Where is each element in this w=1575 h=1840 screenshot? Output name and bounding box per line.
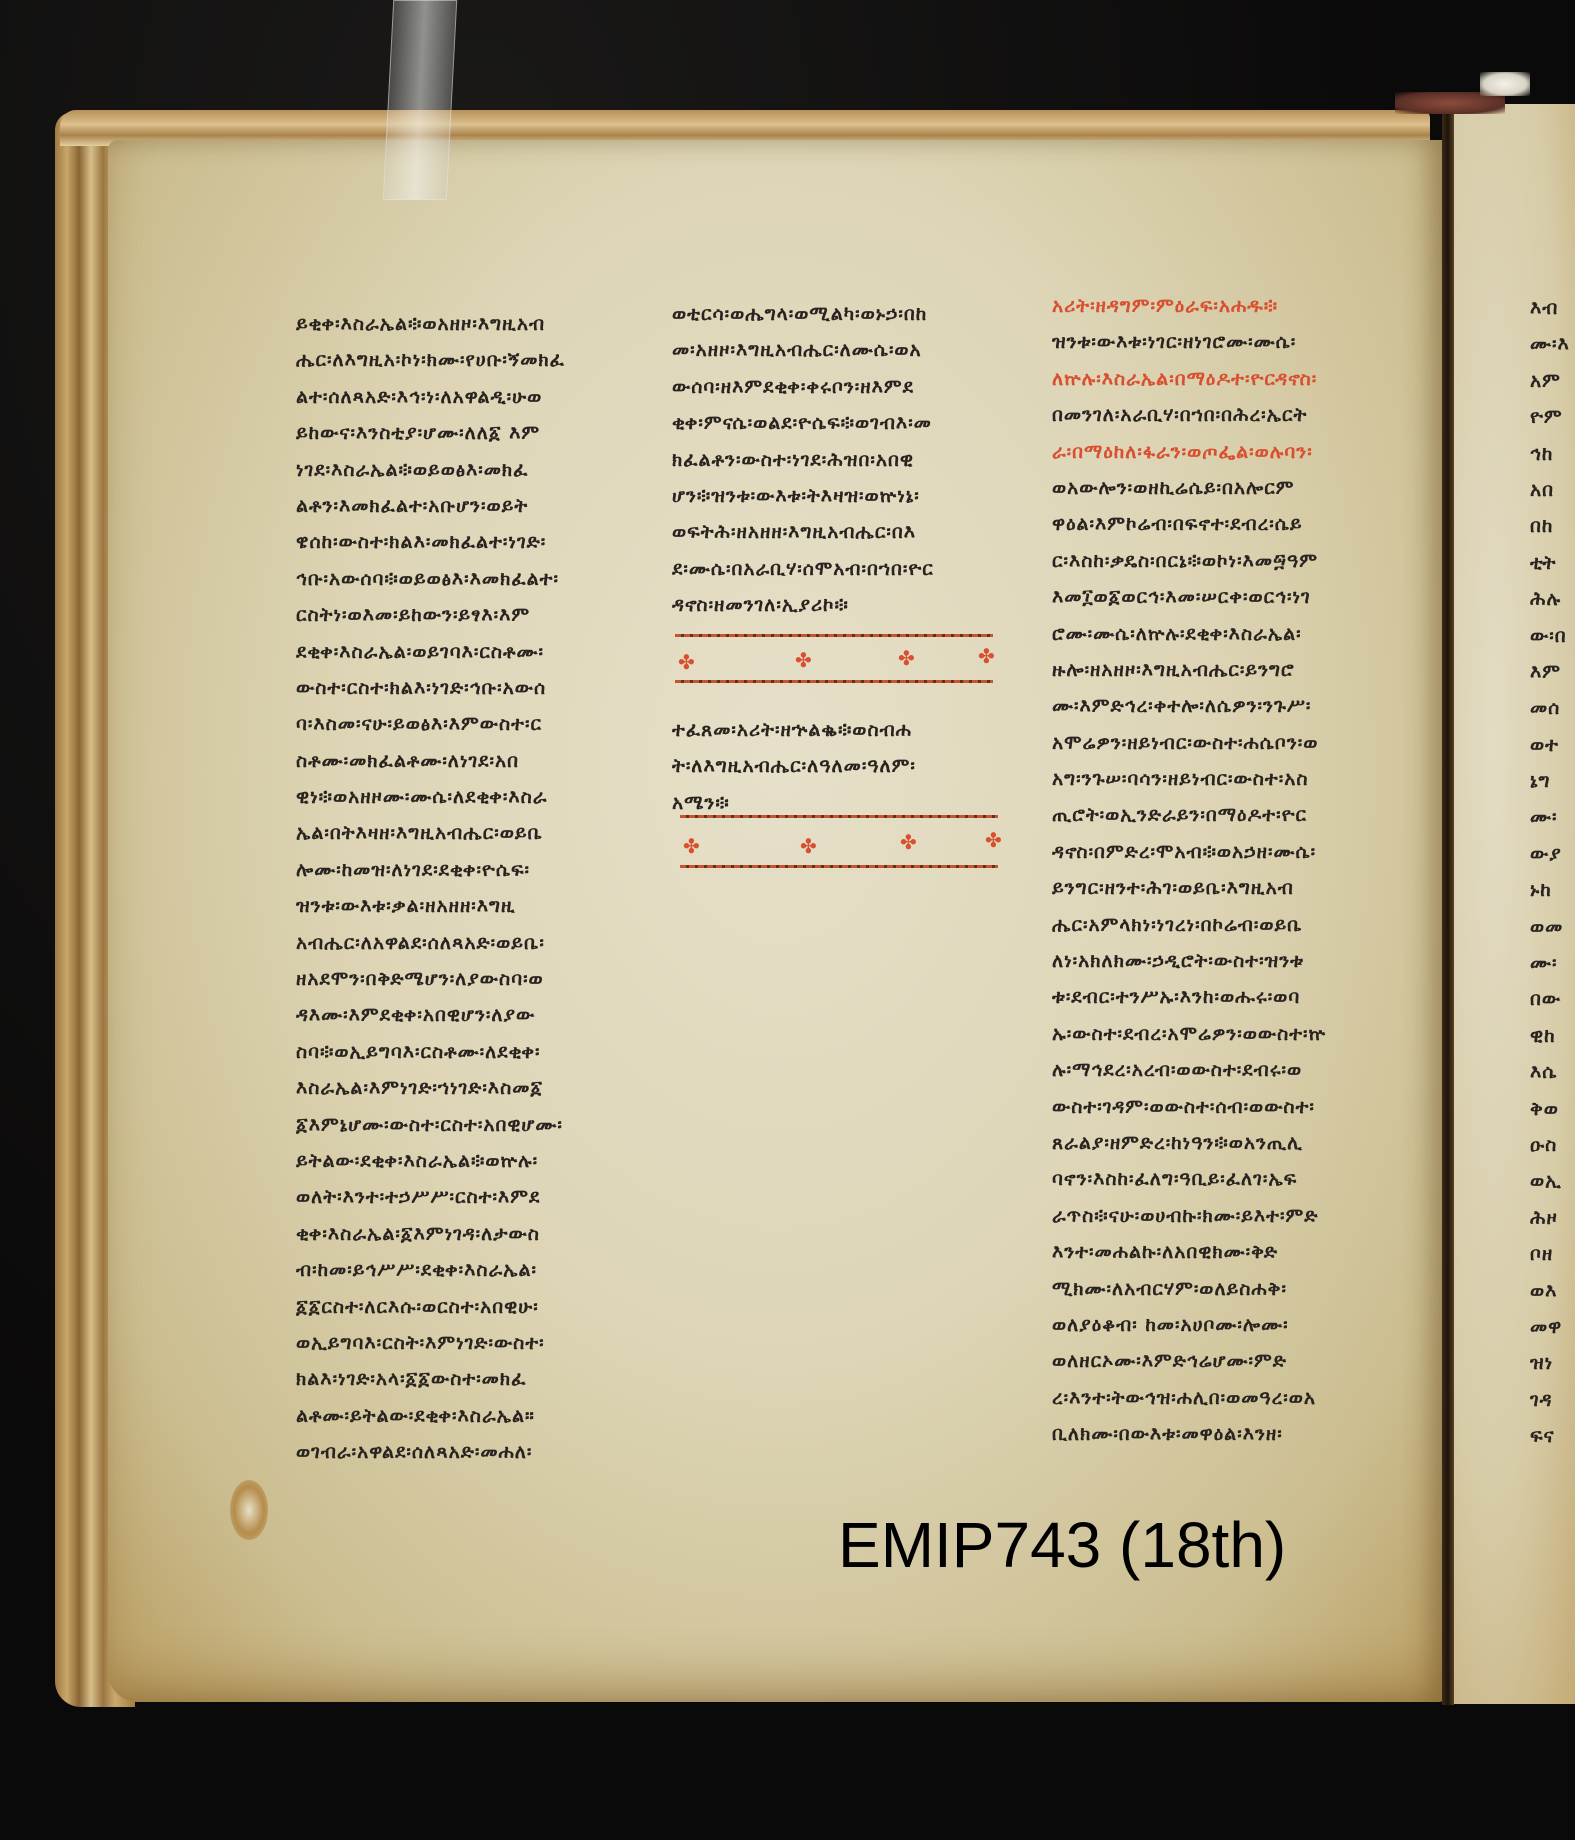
text-line: ሕዞ: [1530, 1200, 1575, 1236]
text-line: ዋዕል፡እምኮሬብ፡በፍኖተ፡ደብረ፡ሴይ: [1052, 506, 1397, 542]
text-line: ወመ: [1530, 909, 1575, 945]
text-line: ራጥስ፨ናሁ፡ወሀብኩ፡ክሙ፡ይእተ፡ምድ: [1052, 1198, 1397, 1234]
text-line: ዳእሙ፡እምደቂቀ፡አበዊሆን፡ለያው: [296, 997, 631, 1033]
text-line: ወለዘርኦሙ፡እምድኅሬሆሙ፡ምድ: [1052, 1343, 1397, 1379]
left-page-column-1: ይቂቀ፡እስራኤል፨ወአዘዞ፡እግዚአብሔር፡ለእግዚአ፡ኮነ፡ክሙ፡የሀቡ፡ኝ…: [296, 306, 631, 1471]
water-stain: [230, 1480, 268, 1540]
text-line: ቂቀ፡ምናሴ፡ወልደ፡ዮሴፍ፨ወገብእ፡መ: [672, 405, 1007, 441]
bookmark-thread: [1480, 72, 1530, 96]
text-line: ዘአደሞን፡በቅድሜሆን፡ለያውስባ፡ወ: [296, 961, 631, 997]
text-line: ፩እምኔሆሙ፡ውስተ፡ርስተ፡አበዊሆሙ፡: [296, 1107, 631, 1143]
text-line: ኅከ: [1530, 436, 1575, 472]
text-line: ቂቀ፡እስራኤል፡፩እምነገዳ፡ለታውስ: [296, 1216, 631, 1252]
ornament-cross-icon: ✤: [678, 652, 695, 672]
text-line: እስራኤል፡እምነገድ፡ኀነገድ፡እስመ፩: [296, 1070, 631, 1106]
text-line: ነገደ፡እስራኤል፨ወይወፅእ፡መክፈ: [296, 452, 631, 488]
text-line: ጢሮት፡ወኢንድራይን፡በማዕዶተ፡ዮር: [1052, 797, 1397, 833]
text-line: ዝንቱ፡ውእቱ፡ነገር፡ዘነገሮሙ፡ሙሴ፡: [1052, 324, 1397, 360]
text-line: ው፡በ: [1530, 618, 1575, 654]
text-line: ቦዘ: [1530, 1236, 1575, 1272]
text-line: ሕሉ: [1530, 581, 1575, 617]
text-line: ሆን፨ዝንቱ፡ውእቱ፡ትእዛዝ፡ወኵነኔ፡: [672, 478, 1007, 514]
text-line: አግ፡ንጉሠ፡ባሳን፡ዘይነብር፡ውስተ፡አስ: [1052, 761, 1397, 797]
text-line: ወአውሎን፡ወዘኪሬሴይ፡በአሎርም: [1052, 470, 1397, 506]
text-line: ሔር፡ለእግዚአ፡ኮነ፡ክሙ፡የሀቡ፡ኝመክፈ: [296, 342, 631, 378]
text-line: ርስትነ፡ወእመ፡ይከውን፡ይፃእ፡እም: [296, 597, 631, 633]
left-page-column-2: ወቲርሳ፡ወሔግላ፡ወሚልካ፡ወኑኃ፡በከመ፡አዘዞ፡እግዚአብሔር፡ለሙሴ፡ወ…: [672, 296, 1007, 624]
text-line: እብ: [1530, 290, 1575, 326]
text-line: ልቶን፡እመክፈልተ፡አቡሆን፡ወይት: [296, 488, 631, 524]
text-line: በመንገለ፡አራቢሃ፡በኀበ፡በሕረ፡ኤርት: [1052, 397, 1397, 433]
text-line: አብሔር፡ለአዋልደ፡ሰለጻአድ፡ወይቤ፡: [296, 925, 631, 961]
text-line: ይቂቀ፡እስራኤል፨ወአዘዞ፡እግዚአብ: [296, 306, 631, 342]
text-line: ወኢይግባእ፡ርስት፡እምነገድ፡ውስተ፡: [296, 1325, 631, 1361]
colophon: ተፈጸመ፡አሪት፡ዘኍልቈ፨ወስብሐት፡ለእግዚአብሔር፡ለዓለመ፡ዓለም፡አሜ…: [672, 712, 1007, 821]
text-line: ሉ፡ማኅደረ፡አረብ፡ወውስተ፡ደብሩ፡ወ: [1052, 1052, 1397, 1088]
text-line: ኡ፡ውስተ፡ደብረ፡አሞሬዎን፡ወውስተ፡ኵ: [1052, 1016, 1397, 1052]
text-line: ደ፡ሙሴ፡በአራቢሃ፡ሰሞአብ፡በኀበ፡ዮር: [672, 551, 1007, 587]
text-line: ይትልው፡ደቂቀ፡እስራኤል፨ወኵሉ፡: [296, 1143, 631, 1179]
text-line: ሔር፡አምላክነ፡ነገረነ፡በኮሬብ፡ወይቤ: [1052, 907, 1397, 943]
text-line: ቲት: [1530, 545, 1575, 581]
text-line: ዙሎ፡ዘአዘዞ፡እግዚአብሔር፡ይንግሮ: [1052, 652, 1397, 688]
text-line: ኅቡ፡አውሰባ፨ወይወፅእ፡እመክፈልተ፡: [296, 561, 631, 597]
text-line: ዌሰከ፡ውስተ፡ክልእ፡መክፈልተ፡ነገድ፡: [296, 524, 631, 560]
ornament-cross-icon: ✤: [985, 830, 1002, 850]
ornament-cross-icon: ✤: [900, 832, 917, 852]
text-line: ወለያዕቆብ፡ ከመ፡አሀቦሙ፡ሎሙ፡: [1052, 1307, 1397, 1343]
text-line: ወገብራ፡አዋልደ፡ሰለጻአድ፡መሐለ፡: [296, 1434, 631, 1470]
text-line: ዊከ: [1530, 1018, 1575, 1054]
manuscript-label: EMIP743 (18th): [838, 1508, 1286, 1582]
text-line: አሪት፡ዘዳግም፡ምዕራፍ፡አሐዱ፨: [1052, 288, 1397, 324]
text-line: ቢለክሙ፡በውእቱ፡መዋዕል፡እንዘ፡: [1052, 1416, 1397, 1452]
text-line: እንተ፡መሐልኩ፡ለአበዊክሙ፡ቅድ: [1052, 1234, 1397, 1270]
text-line: በው: [1530, 981, 1575, 1017]
text-line: ት፡ለእግዚአብሔር፡ለዓለመ፡ዓለም፡: [672, 748, 1007, 784]
text-line: ቅወ: [1530, 1091, 1575, 1127]
left-page-column-3: አሪት፡ዘዳግም፡ምዕራፍ፡አሐዱ፨ዝንቱ፡ውእቱ፡ነገር፡ዘነገሮሙ፡ሙሴ፡ለ…: [1052, 288, 1397, 1453]
text-line: ልተ፡ሰለጻአድ፡እኅ፡ነ፡ለአዋልዲ፡ሁወ: [296, 379, 631, 415]
text-line: ውያ: [1530, 836, 1575, 872]
ornament-cross-icon: ✤: [978, 646, 995, 666]
ornament-rule: [680, 865, 998, 868]
text-line: ውስተ፡ርስተ፡ክልእ፡ነገድ፡ኅቡ፡አውሰ: [296, 670, 631, 706]
text-line: ሙ፡: [1530, 799, 1575, 835]
right-page-column-partial: እብሙ፡እአምዮምኅከአበበከቲትሕሉው፡በእምመሰወተኔግሙ፡ውያኑከወመሙ፡…: [1530, 290, 1575, 1455]
text-line: አበ: [1530, 472, 1575, 508]
ornament-cross-icon: ✤: [795, 650, 812, 670]
ornament-rule: [675, 680, 993, 683]
text-line: ለኵሉ፡እስራኤል፡በማዕዶተ፡ዮርዳኖስ፡: [1052, 361, 1397, 397]
text-line: ውስተ፡ገዳም፡ወውስተ፡ሰብ፡ወውስተ፡: [1052, 1089, 1397, 1125]
text-line: ወተ: [1530, 727, 1575, 763]
text-line: ጸራልያ፡ዘምድረ፡ከነዓን፨ወአንጢሊ: [1052, 1125, 1397, 1161]
ornament-cross-icon: ✤: [683, 836, 700, 856]
text-line: ገዳ: [1530, 1382, 1575, 1418]
text-line: ኤል፡በትእዛዘ፡እግዚአብሔር፡ወይቤ: [296, 815, 631, 851]
ornament-rule: [680, 815, 998, 818]
text-line: ፩፩ርስተ፡ለርእሱ፡ወርስተ፡አበዊሁ፡: [296, 1289, 631, 1325]
text-line: ሙ፡: [1530, 945, 1575, 981]
gutter: [1442, 110, 1454, 1705]
text-line: ስባ፨ወኢይግባእ፡ርስቶሙ፡ለደቂቀ፡: [296, 1034, 631, 1070]
text-line: ይንግር፡ዘንተ፡ሕገ፡ወይቤ፡እግዚአብ: [1052, 870, 1397, 906]
text-line: ሙ፡እ: [1530, 326, 1575, 362]
text-line: ዑስ: [1530, 1127, 1575, 1163]
text-line: ሎሙ፡ከመዝ፡ለነገደ፡ደቂቀ፡ዮሴፍ፡: [296, 852, 631, 888]
text-line: ብ፡ከመ፡ይኅሥሥ፡ደቂቀ፡እስራኤል፡: [296, 1252, 631, 1288]
text-line: ወፍትሕ፡ዘአዘዘ፡እግዚአብሔር፡በእ: [672, 514, 1007, 550]
text-line: ፍና: [1530, 1418, 1575, 1454]
text-line: በከ: [1530, 508, 1575, 544]
text-line: ውሰባ፡ዘእምደቂቀ፡ቀሩቦን፡ዘእምደ: [672, 369, 1007, 405]
ornament-rule: [675, 634, 993, 637]
text-line: ኔግ: [1530, 763, 1575, 799]
text-line: ተፈጸመ፡አሪት፡ዘኍልቈ፨ወስብሐ: [672, 712, 1007, 748]
text-line: እመ፲ወ፩ወርኅ፡እመ፡ሠርቀ፡ወርኅ፡ነገ: [1052, 579, 1397, 615]
text-line: ባ፡እስመ፡ናሁ፡ይወፅእ፡እምውስተ፡ር: [296, 706, 631, 742]
text-line: መ፡አዘዞ፡እግዚአብሔር፡ለሙሴ፡ወአ: [672, 332, 1007, 368]
text-line: እሴ: [1530, 1054, 1575, 1090]
text-line: ሙ፡እምድኅረ፡ቀተሎ፡ለሴዎን፡ንጉሥ፡: [1052, 688, 1397, 724]
text-line: ወኢ: [1530, 1163, 1575, 1199]
tape-strip: [383, 0, 457, 200]
text-line: ቱ፡ደብር፡ተንሥኡ፡እንከ፡ወሑሩ፡ወባ: [1052, 979, 1397, 1015]
text-line: ዝነ: [1530, 1345, 1575, 1381]
ornament-cross-icon: ✤: [898, 648, 915, 668]
text-line: ሮሙ፡ሙሴ፡ለኵሉ፡ደቂቀ፡እስራኤል፡: [1052, 616, 1397, 652]
text-line: ይከውና፡እንስቲያ፡ሆሙ፡ለለ፩ እም: [296, 415, 631, 451]
text-line: ረ፡እንተ፡ትውኅዝ፡ሐሊበ፡ወመዓረ፡ወአ: [1052, 1380, 1397, 1416]
text-line: ዝንቱ፡ውእቱ፡ቃል፡ዘአዘዘ፡እግዚ: [296, 888, 631, 924]
text-line: መሰ: [1530, 690, 1575, 726]
text-line: ራ፡በማዕከለ፡ፋራን፡ወጦፌል፡ወሉባን፡: [1052, 434, 1397, 470]
text-line: ክፈልቶን፡ውስተ፡ነገደ፡ሕዝበ፡አበዊ: [672, 442, 1007, 478]
text-line: ክልእ፡ነገድ፡አላ፡፩፩ውስተ፡መክፈ: [296, 1361, 631, 1397]
text-line: ልቶሙ፡ይትልው፡ደቂቀ፡እስራኤል።: [296, 1398, 631, 1434]
text-line: ስቶሙ፡መክፈልቶሙ፡ለነገደ፡አበ: [296, 743, 631, 779]
text-line: ሚክሙ፡ለአብርሃም፡ወለይስሐቅ፡: [1052, 1271, 1397, 1307]
text-line: ዳኖስ፡ዘመንገለ፡ኢያሪኮ፨: [672, 587, 1007, 623]
text-line: እም: [1530, 654, 1575, 690]
text-line: ር፡እስከ፡ቃዴስ፡በርኔ፨ወኮነ፡እመ፵ዓም: [1052, 543, 1397, 579]
text-line: ባኖን፡እስከ፡ፈለግ፡ዓቢይ፡ፈለገ፡ኤፍ: [1052, 1161, 1397, 1197]
text-line: ወእ: [1530, 1273, 1575, 1309]
text-line: ዊነ፨ወአዘዞሙ፡ሙሴ፡ለደቂቀ፡እስራ: [296, 779, 631, 815]
text-line: ዮም: [1530, 399, 1575, 435]
text-line: ኑከ: [1530, 872, 1575, 908]
text-line: ደቂቀ፡እስራኤል፡ወይገባእ፡ርስቶሙ፡: [296, 634, 631, 670]
text-line: አሞሬዎን፡ዘይነብር፡ውስተ፡ሐሴቦን፡ወ: [1052, 725, 1397, 761]
text-line: አም: [1530, 363, 1575, 399]
text-line: መዋ: [1530, 1309, 1575, 1345]
text-line: ወለት፡እንተ፡ተኃሥሥ፡ርስተ፡እምደ: [296, 1179, 631, 1215]
text-line: ወቲርሳ፡ወሔግላ፡ወሚልካ፡ወኑኃ፡በከ: [672, 296, 1007, 332]
text-line: ለነ፡አክለክሙ፡ኃዲሮት፡ውስተ፡ዝንቱ: [1052, 943, 1397, 979]
text-line: ዳኖስ፡በምድረ፡ሞአብ፨ወአኃዘ፡ሙሴ፡: [1052, 834, 1397, 870]
ornament-cross-icon: ✤: [800, 836, 817, 856]
